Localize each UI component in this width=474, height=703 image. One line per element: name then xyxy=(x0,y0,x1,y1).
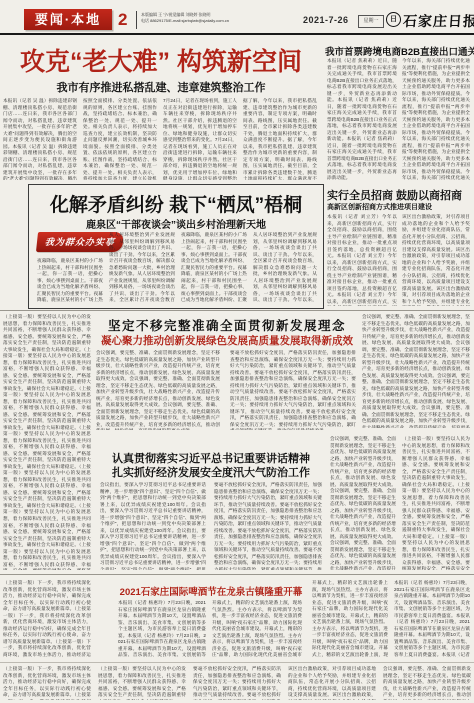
masthead-title: 石家庄日报 xyxy=(402,11,474,31)
wutong-subhead: 鹿泉区“干部夜谈会”谈出乡村治理新天地 xyxy=(29,216,323,231)
jingshen-side-column-2: （上接第一版）要坚持以人民为中心的发展思想，着力保障和改善民生，扎实推进共同富裕… xyxy=(402,436,470,570)
jingshen-column-1: 会议指出，要深入学习贯彻习近平总书记重要讲话精神，进一步增强“四个意识”、坚定“… xyxy=(100,482,206,570)
wutong-column-1: 夜幕降临，鹿泉区某村的小广场上热闹起来，村干部和村民围坐一起，你一言我一语，把操… xyxy=(37,258,103,302)
wutong-headline: 化解矛盾纠纷 栽下“栖凤”梧桐 xyxy=(29,190,323,217)
editor-info: 本版编辑 王 宁/视觉编辑 刘晓婷 张晓明 电话 88629175/E-mail… xyxy=(141,12,229,25)
lead-headline: 攻克“老大难” 构筑新空间 xyxy=(0,42,322,78)
band-divider-3 xyxy=(0,662,474,663)
bottom-column-2: （上接第一版）要坚持以人民为中心的发展思想，着力保障和改善民生，扎实推进共同富裕… xyxy=(98,666,186,700)
zhaoshang-subhead: 高新区创新招商方式推进项目建设 xyxy=(327,202,432,212)
b2b-column-1: 本报讯（记者 焦莉莉）近日，随着一批跨境电商货物在石家庄海关完成通关手续，我市首… xyxy=(327,58,397,180)
wutong-article-box: 化解矛盾纠纷 栽下“栖凤”梧桐 鹿泉区“干部夜谈会”谈出乡村治理新天地 我为群众… xyxy=(28,184,324,309)
lead-column-1: 本报讯（记者 吴 温）拆除违建彩钢棚、清理楼顶私搭小房、规范沿街门店……连日来，… xyxy=(3,98,77,180)
linian-column-1: 会议强调，要完整、准确、全面贯彻新发展理念，坚定不移走生态优先、绿色低碳的高质量… xyxy=(96,350,220,430)
wutong-column-4: 从人居环境整治到产业发展规划，从邻里纠纷调解到移风易俗，一场场夜谈会谈出了共识、… xyxy=(253,232,317,302)
linian-side-column: 会议强调，要完整、准确、全面贯彻新发展理念，坚定不移走生态优先、绿色低碳的高质量… xyxy=(362,314,470,428)
lead-column-3: 7月24日，记者在现场看到，施工人员正在对沿街违建进行拆除，运输车辆往来穿梭，拆… xyxy=(163,98,237,180)
beer-column-1: 本报讯（记者 杨惠玲）7月23日晚，2021石家庄国际啤酒节在鹿泉区龙泉古镇隆重… xyxy=(118,600,206,658)
weekday-badge: 星期一 xyxy=(358,15,384,28)
editor-line2: 电话 88629175/E-mail:sjzrbqlwb@sjzdaily.co… xyxy=(141,18,229,24)
beer-left-jump-column: （上接第一版）下一步，我市将持续深化改革创新，优化营商环境，激发市场主体活力，推… xyxy=(3,580,91,658)
wutong-column-2: 从人居环境整治到产业发展规划，从邻里纠纷调解到移风易俗，一场场夜谈会谈出了共识、… xyxy=(109,232,175,302)
bottom-column-1: （上接第一版）下一步，我市将持续深化改革创新，优化营商环境，激发市场主体活力，推… xyxy=(3,666,91,700)
wutong-column-3: 夜幕降临，鹿泉区某村的小广场上热闹起来，村干部和村民围坐一起，你一言我一语，把操… xyxy=(181,232,247,302)
beer-column-2: 开幕式上，精彩的文艺演出轮番上演，现场气氛热烈。主办方表示，将以啤酒节为契机，进… xyxy=(212,600,302,658)
bottom-column-4: 该区出台激励政策，对引荐项目成功落地的企业和个人给予奖励，并组建专业化招商队伍，… xyxy=(288,666,376,700)
bottom-column-5: 会议强调，要完整、准确、全面贯彻新发展理念，坚定不移走生态优先、绿色低碳的高质量… xyxy=(383,666,471,700)
beer-side-column-1: 开幕式上，精彩的文艺演出轮番上演，现场气氛热烈。主办方表示，将以啤酒节为契机，进… xyxy=(312,580,388,658)
jump-column-left: （上接第一版）要坚持以人民为中心的发展思想，着力保障和改善民生，扎实推进共同富裕… xyxy=(3,314,91,570)
beer-side-column-2: 本报讯（记者 杨惠玲）7月23日晚，2021石家庄国际啤酒节在鹿泉区龙泉古镇隆重… xyxy=(394,580,470,658)
band-divider-1 xyxy=(0,310,474,311)
page-number: 2 xyxy=(118,10,127,30)
zhaoshang-column-1: 本报讯（记者 刘立芳）今年以来，高新区创新招商方式，实行全员招商、鼓励以商招商，… xyxy=(327,214,397,306)
linian-subhead: 凝心聚力推动创新发展绿色发展高质量发展取得新成效 xyxy=(96,333,358,348)
linian-headline: 坚定不移完整准确全面贯彻新发展理念 xyxy=(96,316,358,334)
masthead-emblem-icon: 日 xyxy=(386,12,401,27)
bottom-column-3: 要毫不放松抓好安全度汛，严格落实防汛责任，加强隐患排查整治和应急演练，确保安全度… xyxy=(193,666,281,700)
b2b-column-2: 今年以来，海关部门持续优化通关流程，推行“提前申报”“两步申报”等便利化措施，为… xyxy=(402,58,470,180)
linian-column-2: 要毫不放松抓好安全度汛，严格落实防汛责任，加强隐患排查整治和应急演练，确保安全度… xyxy=(230,350,356,430)
zhaoshang-headline: 实行全员招商 鼓励以商招商 xyxy=(327,187,462,203)
header-divider xyxy=(136,11,137,29)
jingshen-column-2: 要毫不放松抓好安全度汛，严格落实防汛责任，加强隐患排查整治和应急演练，确保安全度… xyxy=(214,482,322,570)
header-rule xyxy=(0,33,474,35)
newspaper-page: 要闻·本地 2 本版编辑 王 宁/视觉编辑 刘晓婷 张晓明 电话 8862917… xyxy=(0,0,474,703)
band-divider-2 xyxy=(0,574,474,575)
zhaoshang-column-2: 该区出台激励政策，对引荐项目成功落地的企业和个人给予奖励，并组建专业化招商队伍，… xyxy=(402,214,470,306)
b2b-headline: 我市首票跨境电商B2B直接出口通关 xyxy=(325,44,472,58)
lead-column-4: 据了解，今年以来，我市把私搭乱建、违章建筑整治作为城市更新的重要内容，制定专项方… xyxy=(243,98,317,180)
section-label: 要闻·本地 xyxy=(24,9,112,30)
lead-column-2: 按照全面摸排、分类处置、依法依规的原则，各区建立台账、挂图作战，坚持疏堵结合、标… xyxy=(83,98,157,180)
beer-headline: 2021石家庄国际啤酒节在龙泉古镇隆重开幕 xyxy=(118,584,304,598)
jingshen-side-column-1: 会议强调，要完整、准确、全面贯彻新发展理念，坚定不移走生态优先、绿色低碳的高质量… xyxy=(330,436,396,570)
lead-subhead: 我市有序推进私搭乱建、违章建筑整治工作 xyxy=(0,79,322,95)
jingshen-headline-line2: 扎实抓好经济发展安全度汛大气防治工作 xyxy=(100,464,322,480)
issue-date: 2021-7-26 xyxy=(303,15,349,25)
